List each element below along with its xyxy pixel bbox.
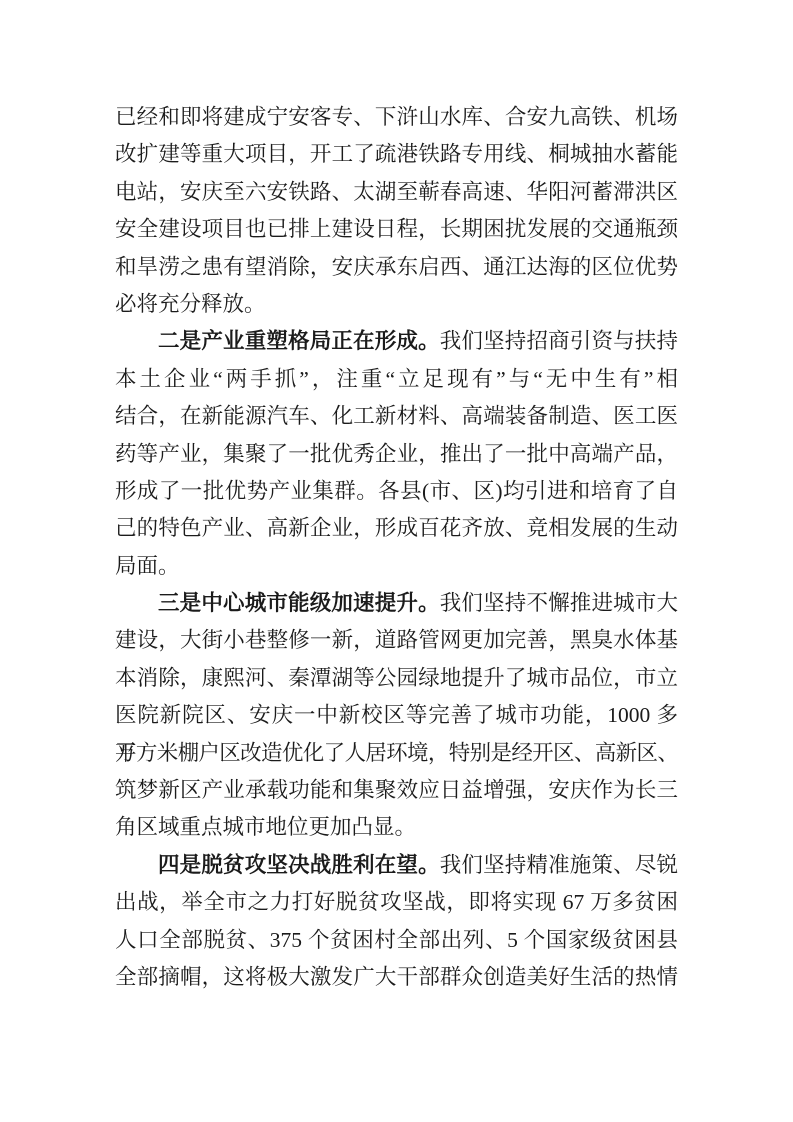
text-line: 必将充分释放。	[115, 286, 678, 323]
line-text: 平方米棚户区改造优化了人居环境，特别是经开区、高新区、	[115, 741, 678, 765]
text-line: 筑梦新区产业承载功能和集聚效应日益增强，安庆作为长三	[115, 772, 678, 809]
paragraph-lead-bold: 二是产业重塑格局正在形成。	[158, 329, 440, 353]
text-line: 医院新院区、安庆一中新校区等完善了城市功能，1000 多万	[115, 697, 678, 734]
text-line: 形成了一批优势产业集群。各县(市、区)均引进和培育了自	[115, 473, 678, 510]
text-line: 平方米棚户区改造优化了人居环境，特别是经开区、高新区、	[115, 735, 678, 772]
line-text: 局面。	[115, 554, 180, 578]
line-text: 形成了一批优势产业集群。各县(市、区)均引进和培育了自	[115, 479, 678, 503]
text-line: 全部摘帽，这将极大激发广大干部群众创造美好生活的热情	[115, 959, 678, 996]
text-line: 角区域重点城市地位更加凸显。	[115, 809, 678, 846]
line-text: 和旱涝之患有望消除，安庆承东启西、通江达海的区位优势	[115, 255, 678, 279]
line-text: 全部摘帽，这将极大激发广大干部群众创造美好生活的热情	[115, 965, 678, 989]
text-line: 本消除，康熙河、秦潭湖等公园绿地提升了城市品位，市立	[115, 660, 678, 697]
line-text: 已经和即将建成宁安客专、下浒山水库、合安九高铁、机场	[115, 105, 678, 129]
text-line: 已经和即将建成宁安客专、下浒山水库、合安九高铁、机场	[115, 99, 678, 136]
text-line: 药等产业，集聚了一批优秀企业，推出了一批中高端产品，	[115, 436, 678, 473]
line-text: 己的特色产业、高新企业，形成百花齐放、竞相发展的生动	[115, 516, 678, 540]
line-text: 本消除，康熙河、秦潭湖等公园绿地提升了城市品位，市立	[115, 666, 678, 690]
text-line: 三是中心城市能级加速提升。我们坚持不懈推进城市大	[115, 585, 678, 622]
text-line: 建设，大街小巷整修一新，道路管网更加完善，黑臭水体基	[115, 622, 678, 659]
line-text: 电站，安庆至六安铁路、太湖至蕲春高速、华阳河蓄滞洪区	[115, 180, 678, 204]
text-line: 本土企业“两手抓”，注重“立足现有”与“无中生有”相	[115, 361, 678, 398]
line-text: 角区域重点城市地位更加凸显。	[115, 815, 416, 839]
text-line: 安全建设项目也已排上建设日程，长期困扰发展的交通瓶颈	[115, 211, 678, 248]
text-line: 己的特色产业、高新企业，形成百花齐放、竞相发展的生动	[115, 510, 678, 547]
text-line: 局面。	[115, 548, 678, 585]
line-text: 结合，在新能源汽车、化工新材料、高端装备制造、医工医	[115, 404, 678, 428]
document-page: 已经和即将建成宁安客专、下浒山水库、合安九高铁、机场 改扩建等重大项目，开工了疏…	[0, 0, 793, 1122]
text-column: 已经和即将建成宁安客专、下浒山水库、合安九高铁、机场 改扩建等重大项目，开工了疏…	[115, 99, 678, 996]
line-text: 建设，大街小巷整修一新，道路管网更加完善，黑臭水体基	[115, 628, 678, 652]
text-line: 四是脱贫攻坚决战胜利在望。我们坚持精准施策、尽锐	[115, 847, 678, 884]
text-line: 人口全部脱贫、375 个贫困村全部出列、5 个国家级贫困县	[115, 922, 678, 959]
line-text: 我们坚持精准施策、尽锐	[440, 853, 678, 877]
line-text: 人口全部脱贫、375 个贫困村全部出列、5 个国家级贫困县	[115, 928, 678, 952]
text-line: 出战，举全市之力打好脱贫攻坚战，即将实现 67 万多贫困	[115, 884, 678, 921]
line-text: 药等产业，集聚了一批优秀企业，推出了一批中高端产品，	[115, 442, 678, 466]
line-text: 本土企业“两手抓”，注重“立足现有”与“无中生有”相	[115, 367, 678, 391]
line-text: 改扩建等重大项目，开工了疏港铁路专用线、桐城抽水蓄能	[115, 142, 678, 166]
line-text: 安全建设项目也已排上建设日程，长期困扰发展的交通瓶颈	[115, 217, 678, 241]
text-line: 电站，安庆至六安铁路、太湖至蕲春高速、华阳河蓄滞洪区	[115, 174, 678, 211]
paragraph-lead-bold: 四是脱贫攻坚决战胜利在望。	[158, 853, 440, 877]
text-line: 二是产业重塑格局正在形成。我们坚持招商引资与扶持	[115, 323, 678, 360]
line-text: 我们坚持不懈推进城市大	[440, 591, 678, 615]
text-line: 结合，在新能源汽车、化工新材料、高端装备制造、医工医	[115, 398, 678, 435]
line-text: 筑梦新区产业承载功能和集聚效应日益增强，安庆作为长三	[115, 778, 678, 802]
line-text: 我们坚持招商引资与扶持	[440, 329, 678, 353]
line-text: 必将充分释放。	[115, 292, 266, 316]
text-line: 改扩建等重大项目，开工了疏港铁路专用线、桐城抽水蓄能	[115, 136, 678, 173]
paragraph-lead-bold: 三是中心城市能级加速提升。	[158, 591, 440, 615]
line-text: 出战，举全市之力打好脱贫攻坚战，即将实现 67 万多贫困	[115, 890, 678, 914]
text-line: 和旱涝之患有望消除，安庆承东启西、通江达海的区位优势	[115, 249, 678, 286]
